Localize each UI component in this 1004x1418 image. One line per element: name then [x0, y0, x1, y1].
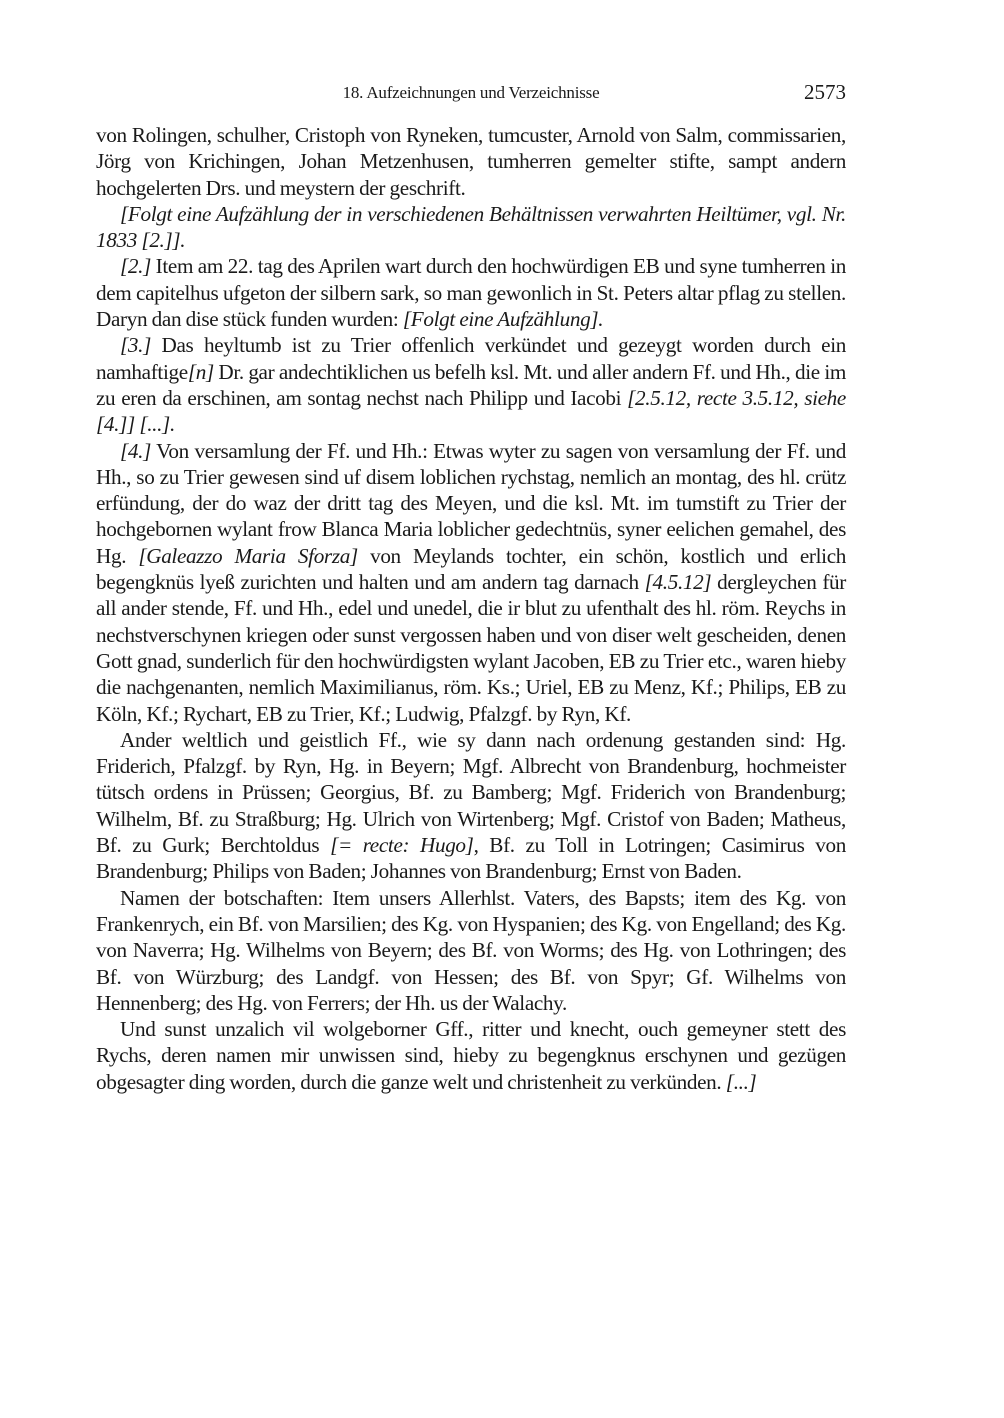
- editorial-note: [4.5.12]: [645, 570, 712, 594]
- paragraph-section-2: [2.] Item am 22. tag des Aprilen wart du…: [96, 253, 846, 332]
- editorial-note: [Folgt eine Aufzählung].: [403, 307, 603, 331]
- editorial-note: [...]: [726, 1070, 757, 1094]
- paragraph-closing: Und sunst unzalich vil wolgeborner Gff.,…: [96, 1016, 846, 1095]
- page-number: 2573: [804, 77, 846, 107]
- editorial-note: [= recte: Hugo]: [330, 833, 474, 857]
- section-marker: [4.]: [120, 439, 151, 463]
- text-segment: von Rolingen, schulher, Cristoph von Ryn…: [96, 123, 846, 200]
- paragraph-section-4: [4.] Von versamlung der Ff. und Hh.: Etw…: [96, 438, 846, 727]
- paragraph-embassies-list: Namen der botschaften: Item unsers Aller…: [96, 885, 846, 1016]
- paragraph-2-editorial-note: [Folgt eine Aufzählung der in verschiede…: [96, 201, 846, 254]
- running-head: 18. Aufzeichnungen und Verzeichnisse 257…: [96, 78, 846, 108]
- editorial-note: [Folgt eine Aufzählung der in verschiede…: [96, 202, 846, 252]
- body-text: von Rolingen, schulher, Cristoph von Ryn…: [96, 122, 846, 1095]
- document-page: 18. Aufzeichnungen und Verzeichnisse 257…: [96, 78, 846, 1095]
- running-title: 18. Aufzeichnungen und Verzeichnisse: [96, 78, 846, 108]
- text-segment: Namen der botschaften: Item unsers Aller…: [96, 886, 846, 1015]
- section-marker: [3.]: [120, 333, 151, 357]
- editorial-note: [Galeazzo Maria Sforza]: [138, 544, 358, 568]
- paragraph-princes-list: Ander weltlich und geistlich Ff., wie sy…: [96, 727, 846, 885]
- paragraph-section-3: [3.] Das heyltumb ist zu Trier offenlich…: [96, 332, 846, 437]
- paragraph-1: von Rolingen, schulher, Cristoph von Ryn…: [96, 122, 846, 201]
- section-marker: [2.]: [120, 254, 151, 278]
- editorial-note: [n]: [188, 360, 214, 384]
